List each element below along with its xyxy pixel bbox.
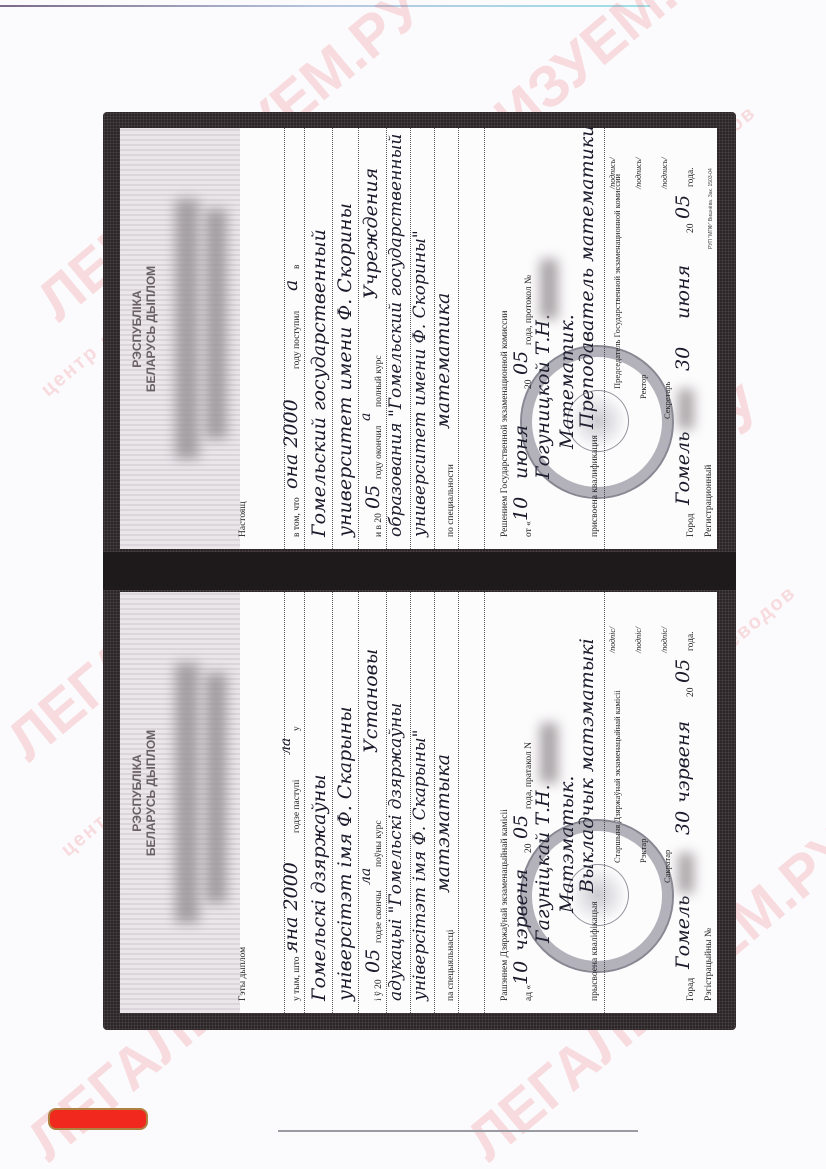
handwritten-city: Гомель [672, 896, 694, 969]
official-seal [520, 345, 674, 499]
handwritten-day: 10 [510, 961, 532, 985]
signature-label: /подпіс/ [608, 627, 617, 653]
chair-role-label: Старшыня Дзяржаўнай экзаменацыйнай каміс… [612, 690, 622, 863]
redacted-name [205, 209, 227, 439]
handwritten-year: 05 [672, 659, 694, 683]
binding-ribbon [48, 1108, 148, 1130]
field-label: 20 [686, 688, 696, 698]
secretary-role-label: Секретарь [662, 382, 672, 419]
field-label: года. [686, 631, 696, 651]
diploma-page-russian: РЭСПУБЛІКА БЕЛАРУСЬ ДЫПЛОМ Настоящ в том… [120, 128, 717, 549]
secretary-role-label: Сакратар [662, 850, 672, 883]
diploma-spine [103, 552, 736, 590]
handwritten-day: 30 [672, 347, 694, 371]
redacted-name [205, 673, 227, 903]
signature-label: /подпись/ [634, 157, 643, 189]
field-label: Решением Государственной экзаменационной… [500, 310, 510, 537]
field-label: ад « [524, 985, 534, 1001]
rector-role-label: Ректор [638, 374, 648, 399]
registration-label: Рэгістрацыйны № [704, 928, 714, 1001]
signature-label: /подпіс/ [660, 627, 669, 653]
handwritten-month: чэрвеня [672, 721, 694, 803]
emblem-header: РЭСПУБЛІКА БЕЛАРУСЬ ДЫПЛОМ [130, 259, 158, 399]
handwritten-city: Гомель [672, 432, 694, 505]
redacted-name [175, 199, 199, 459]
handwritten-day: 30 [672, 811, 694, 835]
handwritten-year: 05 [510, 815, 532, 839]
printer-note: РУП "МПФ" Вишнёва. Зак. 1503-04 [708, 168, 714, 249]
redacted-protocol [540, 259, 558, 319]
redacted-field [678, 853, 694, 893]
handwritten-month: июня [672, 265, 694, 319]
field-label: Рашэннем Дзяржаўнай экзаменацыйнай каміс… [500, 809, 510, 1001]
field-label: Горад [686, 978, 696, 1001]
field-label: года. [686, 167, 696, 187]
emblem-header: РЭСПУБЛІКА БЕЛАРУСЬ ДЫПЛОМ [130, 723, 158, 863]
diploma-page-belarusian: РЭСПУБЛІКА БЕЛАРУСЬ ДЫПЛОМ Гэты дыплом у… [120, 592, 717, 1013]
redacted-field [678, 389, 694, 429]
intro-label: Гэты дыплом [238, 947, 248, 1001]
registration-label: Регистрационный [704, 465, 714, 537]
signature-label: /подпіс/ [634, 627, 643, 653]
rector-role-label: Рэктар [638, 839, 648, 863]
chair-role-label: Председатель Государственной экзаменацио… [612, 174, 622, 389]
signature-label: /подпись/ [608, 157, 617, 189]
intro-label: Настоящ [238, 501, 248, 537]
handwritten-day: 10 [510, 497, 532, 521]
signature-label: /подпись/ [660, 157, 669, 189]
scan-edge-line [0, 5, 650, 7]
binding-thread [278, 1130, 638, 1132]
field-label: 20 [686, 224, 696, 234]
handwritten-year: 05 [672, 195, 694, 219]
handwritten-year: 05 [510, 351, 532, 375]
field-label: Город [686, 514, 696, 537]
redacted-name [175, 663, 199, 923]
redacted-protocol [540, 723, 558, 783]
field-label: от « [524, 521, 534, 537]
official-seal [520, 819, 674, 973]
